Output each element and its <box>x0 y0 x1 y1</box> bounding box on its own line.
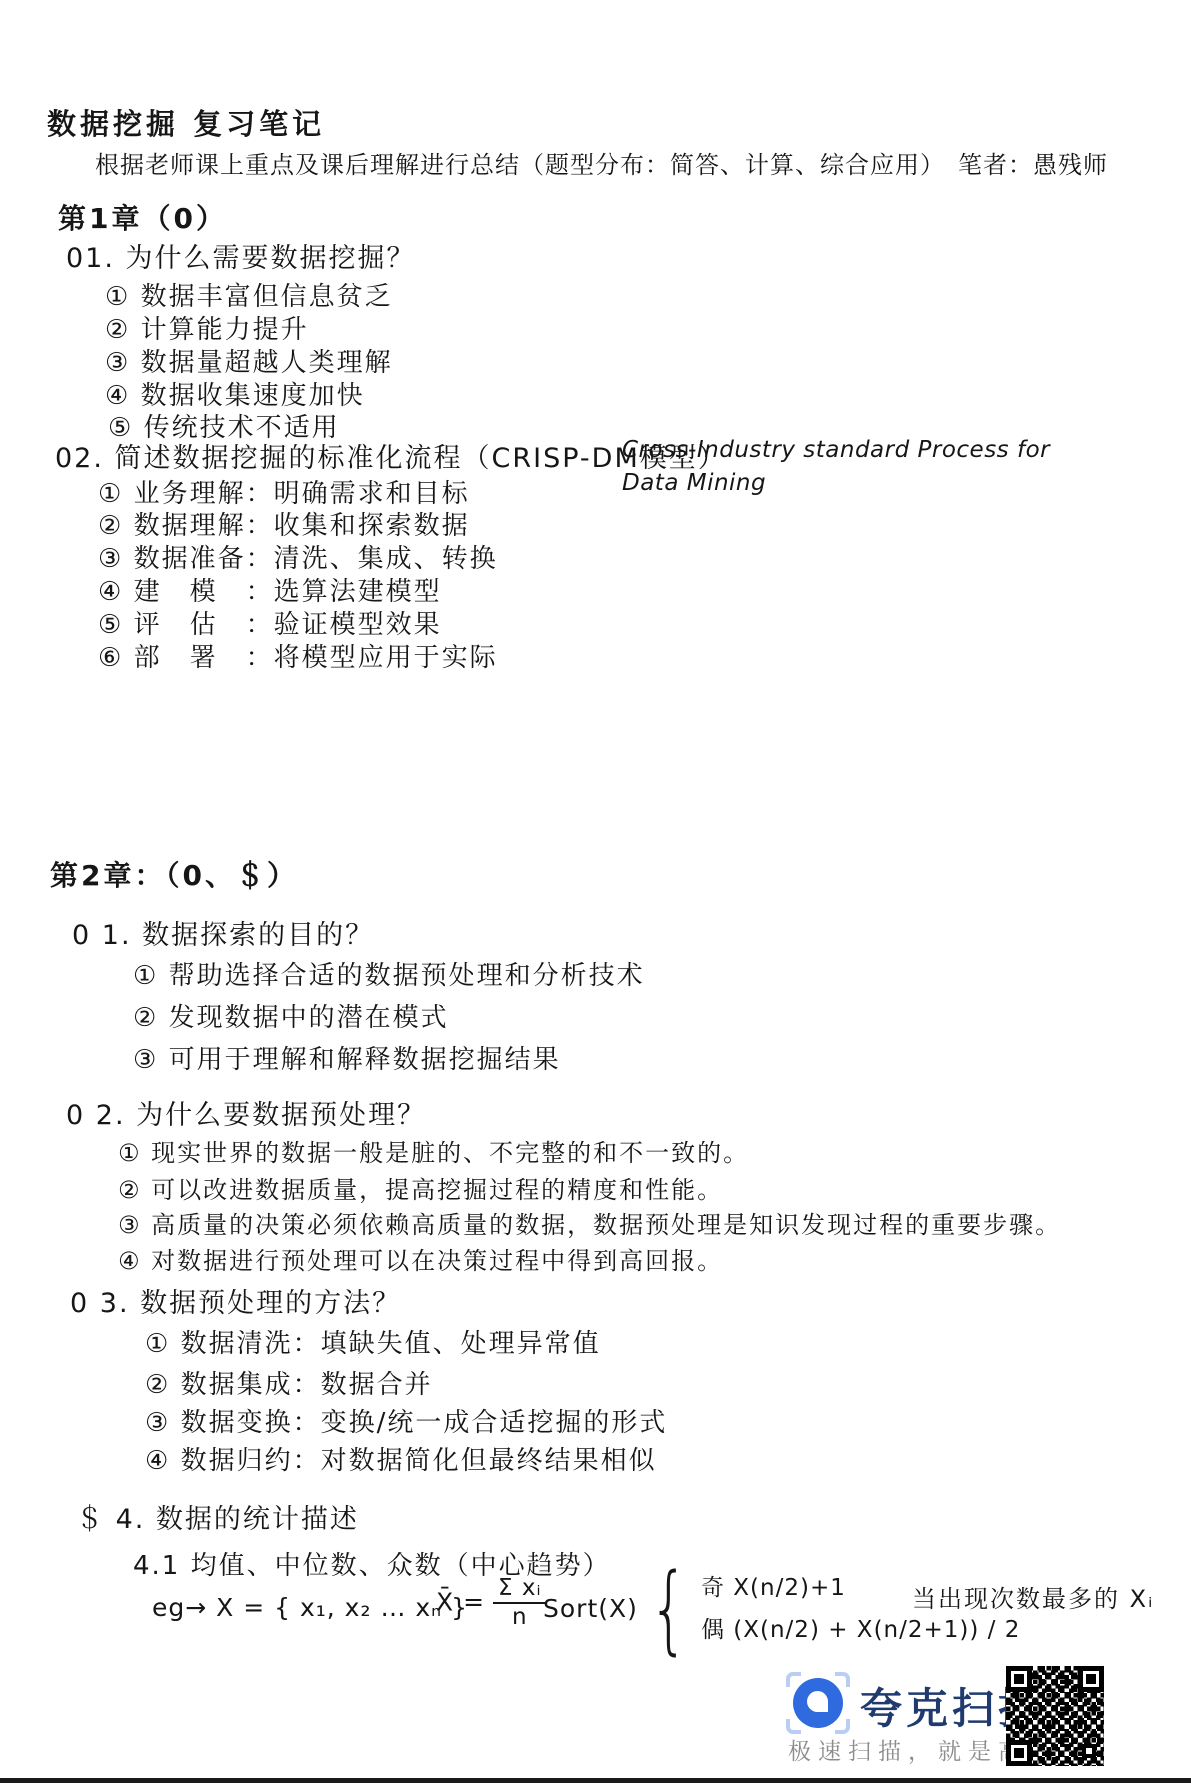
ch1-q2-item: ⑤ 评 估 ：验证模型效果 <box>98 611 442 641</box>
ch1-q2-item: ① 业务理解：明确需求和目标 <box>98 480 470 510</box>
ch1-q1-item: ④ 数据收集速度加快 <box>105 382 365 412</box>
ch1-q1-item: ③ 数据量超越人类理解 <box>105 349 393 379</box>
chapter2-heading: 第2章：（0、＄） <box>50 860 298 892</box>
mode-note: 当出现次数最多的 Xᵢ <box>912 1586 1154 1614</box>
ch1-q1-item: ② 计算能力提升 <box>105 316 309 346</box>
ch2-q3-item: ③ 数据变换：变换/统一成合适挖掘的形式 <box>145 1409 667 1439</box>
ch1-q2-item: ④ 建 模 ：选算法建模型 <box>98 578 442 608</box>
ch2-q2-question: 0 2. 为什么要数据预处理？ <box>66 1100 426 1131</box>
qr-code <box>1006 1666 1104 1766</box>
ch1-q2-annotation-line2: Data Mining <box>622 470 766 496</box>
qr-alignment-icon <box>1082 1744 1096 1758</box>
curly-brace-icon: { <box>649 1566 690 1652</box>
section4-heading: ＄ 4. 数据的统计描述 <box>76 1504 359 1535</box>
qr-finder-icon <box>1006 1666 1032 1692</box>
ch2-q1-question: 0 1. 数据探索的目的？ <box>72 920 374 951</box>
mean-fraction: Σ xᵢn <box>493 1576 547 1631</box>
scan-edge-line <box>0 1778 1191 1783</box>
ch2-q2-item: ② 可以改进数据质量，提高挖掘过程的精度和性能。 <box>118 1177 723 1205</box>
ch2-q2-item: ③ 高质量的决策必须依赖高质量的数据，数据预处理是知识发现过程的重要步骤。 <box>118 1212 1061 1240</box>
bracket-corner-icon <box>786 1719 801 1734</box>
ch1-q1-item: ① 数据丰富但信息贫乏 <box>105 283 393 313</box>
bracket-corner-icon <box>835 1719 850 1734</box>
doc-subtitle: 根据老师课上重点及课后理解进行总结（题型分布：简答、计算、综合应用） 笔者：愚残… <box>95 152 1108 180</box>
ch2-q3-item: ② 数据集成：数据合并 <box>145 1371 433 1401</box>
quark-comma-icon <box>807 1691 828 1712</box>
bracket-corner-icon <box>786 1672 801 1687</box>
ch2-q3-question: 0 3. 数据预处理的方法？ <box>70 1288 401 1319</box>
ch2-q1-item: ③ 可用于理解和解释数据挖掘结果 <box>133 1046 561 1076</box>
scanned-note-page: 数据挖掘 复习笔记 根据老师课上重点及课后理解进行总结（题型分布：简答、计算、综… <box>0 0 1191 1783</box>
ch1-q2-annotation-line1: Cross-Industry standard Process for <box>622 437 1050 463</box>
qr-finder-icon <box>1078 1666 1104 1692</box>
sort-label: Sort(X) <box>543 1595 638 1624</box>
ch1-q2-item: ⑥ 部 署 ：将模型应用于实际 <box>98 644 498 674</box>
mean-formula: X̄ =Σ xᵢn <box>436 1576 547 1631</box>
ch2-q2-item: ④ 对数据进行预处理可以在决策过程中得到高回报。 <box>118 1248 723 1276</box>
ch2-q3-item: ④ 数据归约：对数据简化但最终结果相似 <box>145 1447 657 1477</box>
ch1-q1-question: 01. 为什么需要数据挖掘？ <box>66 243 416 274</box>
chapter1-heading: 第1章（0） <box>58 203 227 235</box>
ch1-q1-item: ⑤ 传统技术不适用 <box>108 414 340 444</box>
mean-numerator: Σ xᵢ <box>493 1576 547 1604</box>
ch2-q1-item: ② 发现数据中的潜在模式 <box>133 1004 449 1034</box>
mean-denominator: n <box>512 1604 528 1630</box>
bracket-corner-icon <box>835 1672 850 1687</box>
doc-title: 数据挖掘 复习笔记 <box>47 108 325 141</box>
ch1-q2-item: ③ 数据准备：清洗、集成、转换 <box>98 545 498 575</box>
quark-circle-icon <box>793 1678 843 1728</box>
case-even: 偶 (X(n/2) + X(n/2+1)) / 2 <box>701 1617 1020 1643</box>
example-set-formula: eg→ X = { x₁, x₂ … xₙ } <box>152 1594 468 1623</box>
ch2-q3-item: ① 数据清洗：填缺失值、处理异常值 <box>145 1330 601 1360</box>
ch2-q1-item: ① 帮助选择合适的数据预处理和分析技术 <box>133 962 645 992</box>
qr-finder-icon <box>1006 1740 1032 1766</box>
ch2-q2-item: ① 现实世界的数据一般是脏的、不完整的和不一致的。 <box>118 1140 749 1168</box>
mean-lhs: X̄ = <box>436 1587 485 1616</box>
quark-logo-icon <box>786 1668 850 1732</box>
ch1-q2-item: ② 数据理解：收集和探索数据 <box>98 512 470 542</box>
